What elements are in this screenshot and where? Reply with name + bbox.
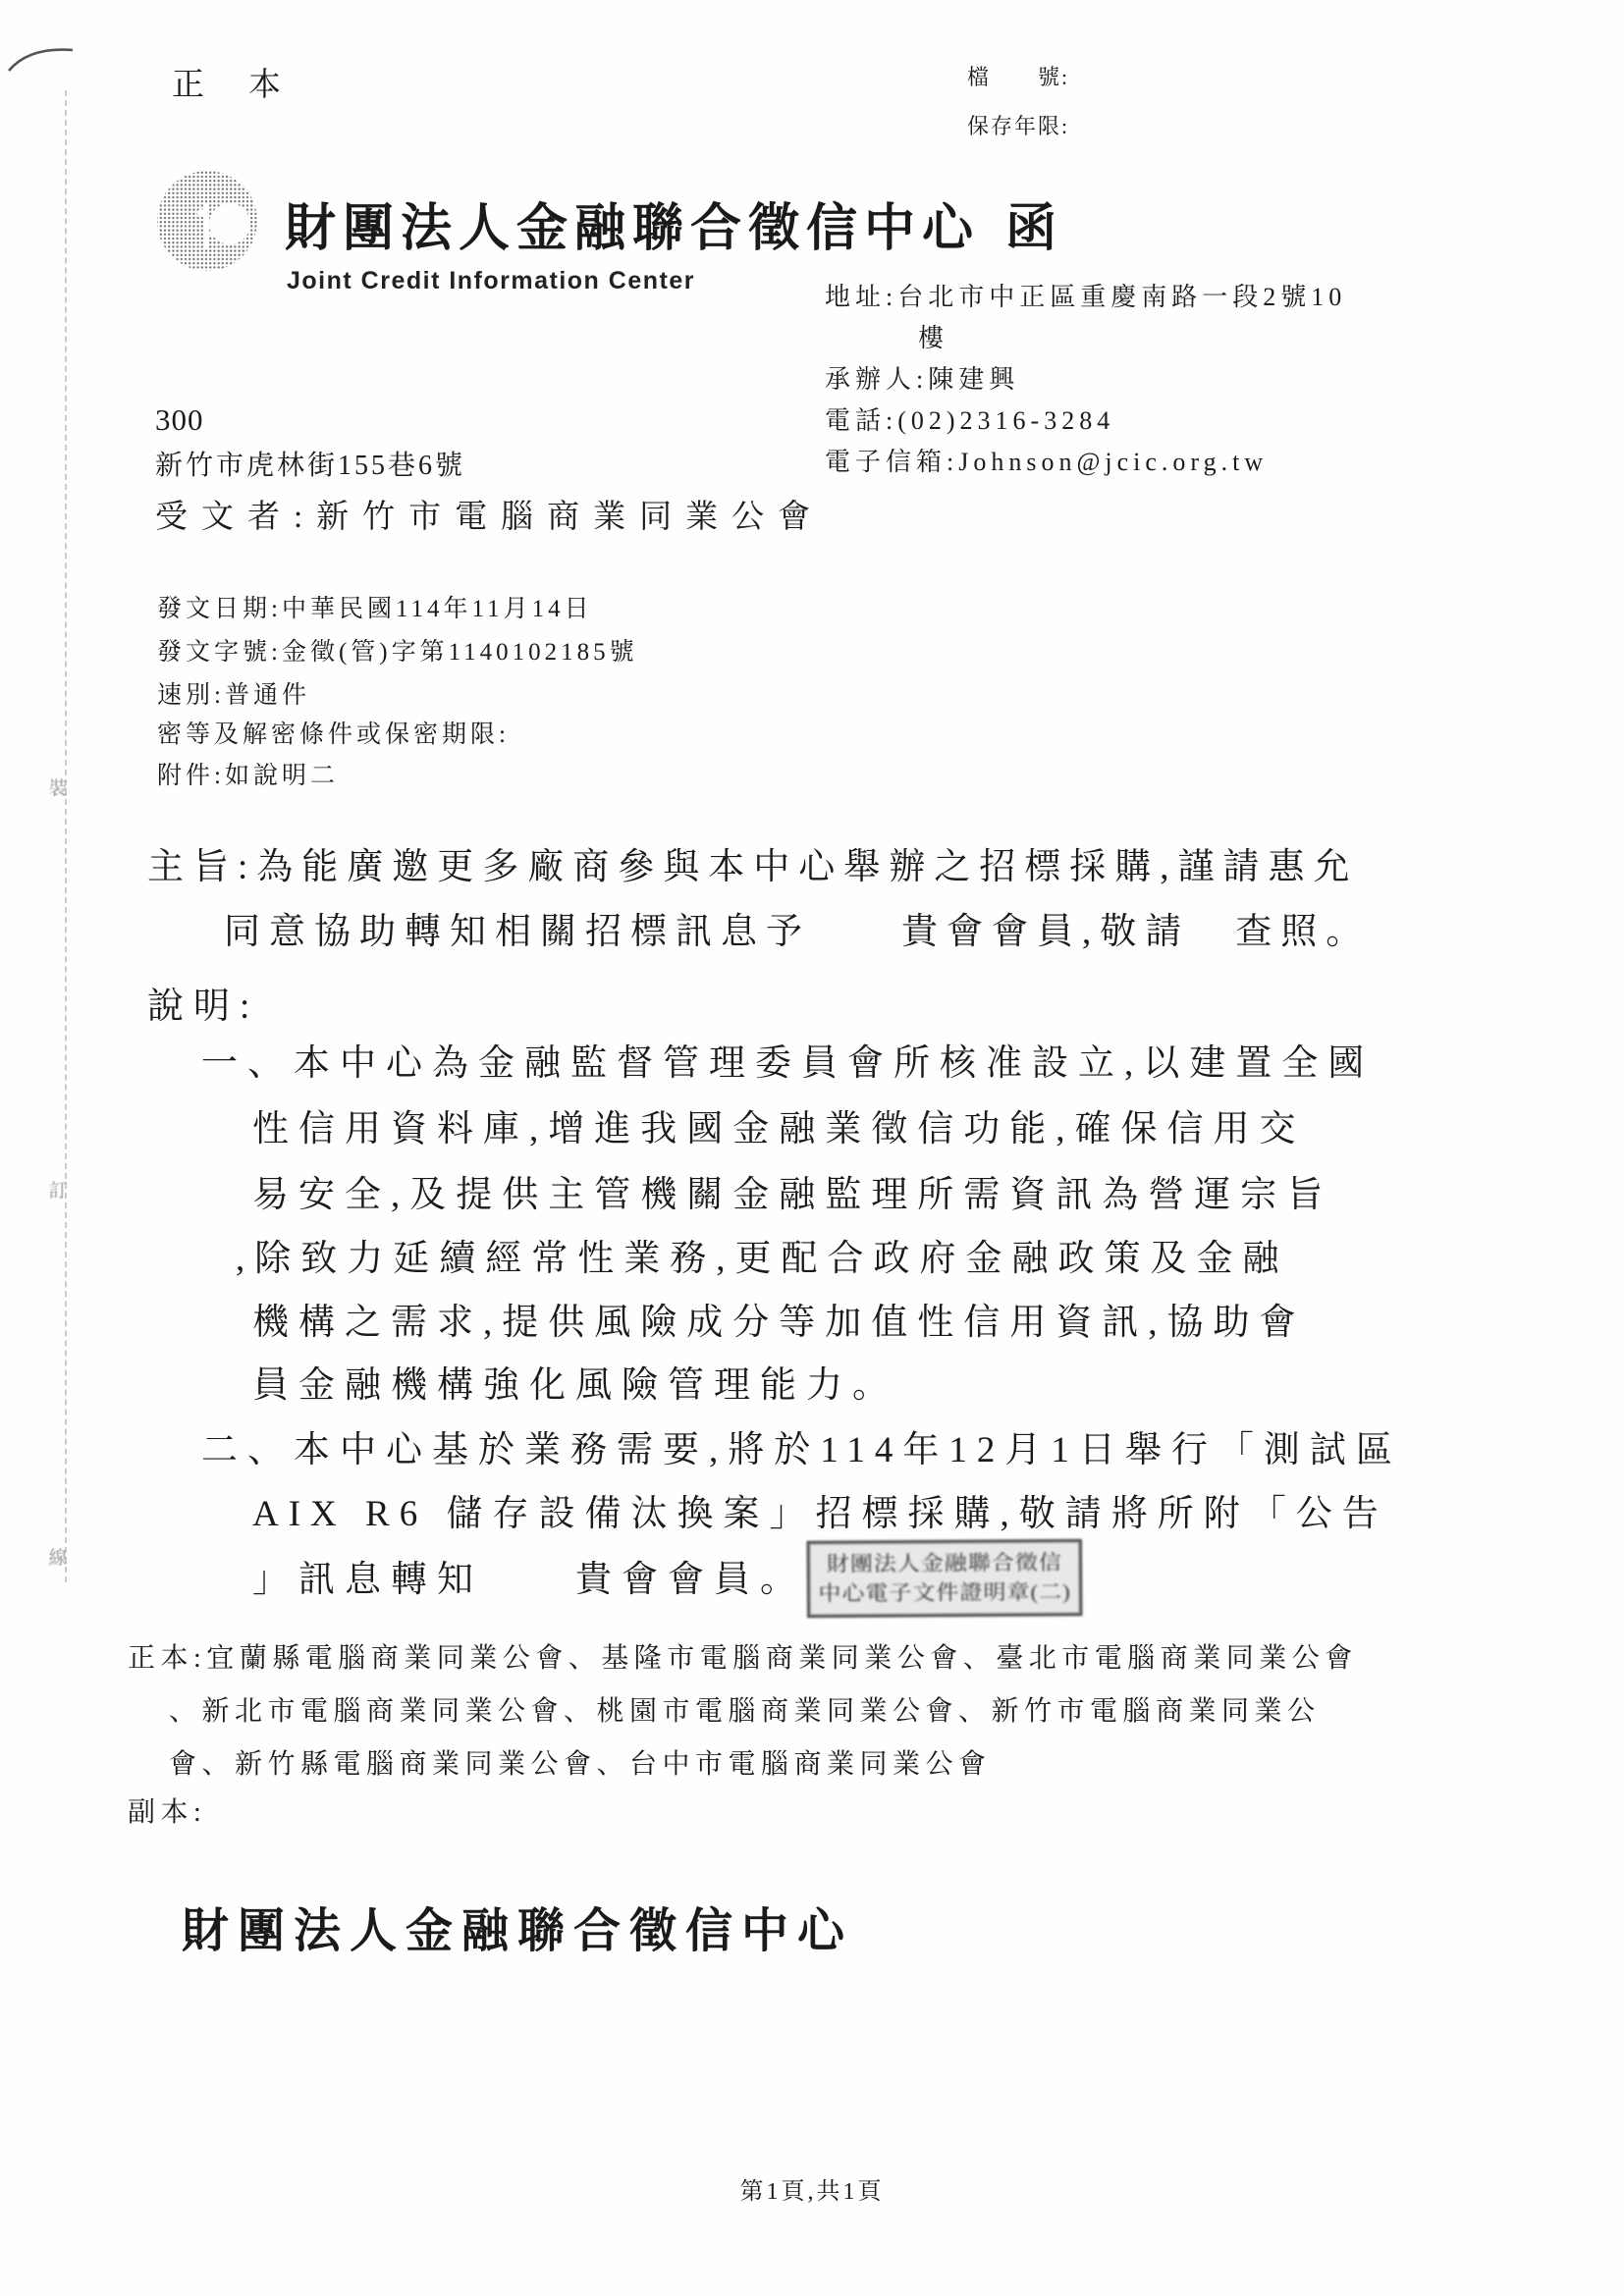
jcic-logo-icon: [155, 167, 261, 277]
issuer-signature: 財團法人金融聯合徵信中心: [182, 1893, 853, 1960]
meta-attachment: 附件:如說明二: [157, 756, 339, 791]
distribution-copy-label: 副本:: [128, 1790, 206, 1830]
file-number-label: 檔 號:: [967, 54, 1069, 101]
sender-address-line2: 樓: [918, 318, 948, 359]
org-name-english: Joint Credit Information Center: [287, 267, 695, 295]
verification-stamp: 財團法人金融聯合徵信 中心電子文件證明章(二): [807, 1539, 1083, 1618]
meta-doc-number: 發文字號:金徵(管)字第1140102185號: [157, 632, 638, 667]
item1-line-2: 性信用資料庫,增進我國金融業徵信功能,確保信用交: [252, 1098, 1306, 1151]
recipient-postal-code: 300: [155, 402, 204, 438]
subject-line-1: 主旨:為能廣邀更多廠商參與本中心舉辦之招標採購,謹請惠允: [147, 836, 1359, 889]
contact-email: 電子信箱:Johnson@jcic.org.tw: [825, 442, 1268, 483]
item1-line-4: ,除致力延續經常性業務,更配合政府金融政策及金融: [236, 1228, 1289, 1281]
distribution-original-line-1: 正本:宜蘭縣電腦商業同業公會、基隆市電腦商業同業公會、臺北市電腦商業同業公會: [128, 1636, 1358, 1676]
binding-mark-xian: 線: [45, 1543, 71, 1570]
binding-dotted-line: [65, 90, 67, 1582]
letterhead-title: 財團法人金融聯合徵信中心函: [285, 187, 1063, 260]
stamp-line-1: 財團法人金融聯合徵信: [827, 1549, 1062, 1577]
stamp-line-2: 中心電子文件證明章(二): [818, 1578, 1071, 1607]
item1-line-5: 機構之需求,提供風險成分等加值性信用資訊,協助會: [252, 1292, 1306, 1345]
document-page: 裝 訂 線 正 本 檔 號: 保存年限: 財團法人金融聯合徵信中心函 Joint…: [0, 0, 1624, 2296]
contact-phone: 電話:(02)2316-3284: [825, 400, 1114, 442]
meta-issue-date: 發文日期:中華民國114年11月14日: [157, 589, 593, 624]
item2-line-1: 二、本中心基於業務需要,將於114年12月1日舉行「測試區: [201, 1419, 1402, 1472]
item1-line-6: 員金融機構強化風險管理能力。: [252, 1355, 898, 1408]
recipient-line: 受文者:新竹市電腦商業同業公會: [155, 491, 824, 537]
item1-line-3: 易安全,及提供主管機關金融監理所需資訊為營運宗旨: [252, 1164, 1332, 1217]
copy-type-label: 正 本: [172, 59, 287, 105]
item2-line-2: AIX R6 儲存設備汰換案」招標採購,敬請將所附「公告: [252, 1483, 1388, 1536]
retention-label: 保存年限:: [967, 103, 1069, 150]
org-name: 財團法人金融聯合徵信中心: [285, 201, 980, 257]
distribution-original-line-2: 、新北市電腦商業同業公會、桃園市電腦商業同業公會、新竹市電腦商業同業公: [169, 1689, 1321, 1729]
contact-person: 承辦人:陳建興: [825, 359, 1019, 400]
subject-line-2: 同意協助轉知相關招標訊息予 貴會會員,敬請 查照。: [224, 901, 1371, 954]
item1-line-1: 一、本中心為金融監督管理委員會所核准設立,以建置全國: [201, 1033, 1374, 1086]
item2-line-3: 」訊息轉知 貴會會員。: [252, 1549, 806, 1602]
explanation-label: 說明:: [147, 976, 259, 1029]
binding-mark-ding: 訂: [45, 1176, 71, 1202]
distribution-original-line-3: 會、新竹縣電腦商業同業公會、台中市電腦商業同業公會: [169, 1742, 992, 1782]
sender-address-line1: 地址:台北市中正區重慶南路一段2號10: [825, 277, 1346, 318]
meta-security: 密等及解密條件或保密期限:: [157, 715, 510, 750]
pen-mark-icon: [6, 41, 77, 79]
page-number: 第1頁,共1頁: [0, 2171, 1624, 2206]
meta-priority: 速別:普通件: [157, 675, 310, 711]
doc-type-label: 函: [1005, 201, 1063, 257]
recipient-street: 新竹市虎林街155巷6號: [155, 444, 465, 483]
binding-mark-zhuang: 裝: [45, 774, 71, 800]
